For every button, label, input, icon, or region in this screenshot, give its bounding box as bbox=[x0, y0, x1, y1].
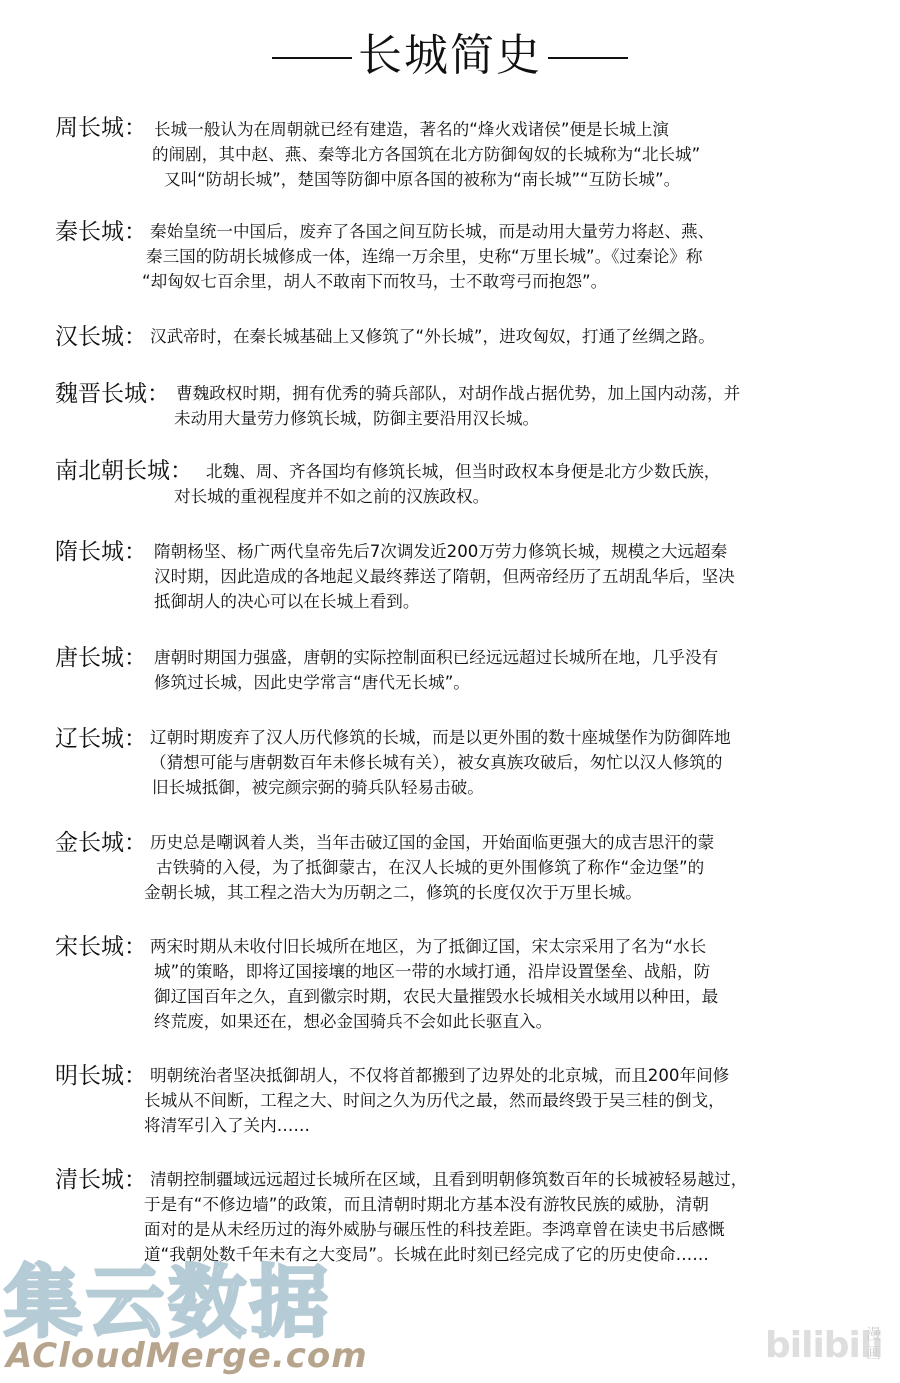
section-text-line: 修筑过长城，因此史学常言“唐代无长城”。 bbox=[154, 671, 470, 695]
section-text-line: 唐朝时期国力强盛，唐朝的实际控制面积已经远远超过长城所在地，几乎没有 bbox=[154, 646, 718, 670]
section-text-line: 隋朝杨坚、杨广两代皇帝先后7次调发近200万劳力修筑长城，规模之大远超秦 bbox=[154, 540, 727, 564]
watermark-bilibili-logo: bilibili bbox=[765, 1326, 883, 1366]
watermark-site-cn: 集云数据 bbox=[4, 1263, 332, 1343]
section-label: 汉长城： bbox=[55, 322, 147, 352]
section-text-line: 汉时期，因此造成的各地起义最终葬送了隋朝，但两帝经历了五胡乱华后，坚决 bbox=[154, 565, 735, 589]
section-text-line: 旧长城抵御，被完颜宗弼的骑兵队轻易击破。 bbox=[152, 776, 484, 800]
section-label: 清长城： bbox=[55, 1165, 147, 1195]
section-text-line: 抵御胡人的决心可以在长城上看到。 bbox=[154, 590, 420, 614]
section-label: 南北朝长城： bbox=[55, 456, 193, 486]
section-label: 隋长城： bbox=[55, 537, 147, 567]
section-text-line: （猜想可能与唐朝数百年未修长城有关），被女真族攻破后，匆忙以汉人修筑的 bbox=[150, 751, 722, 775]
section-text-line: 北魏、周、齐各国均有修筑长城，但当时政权本身便是北方少数氏族， bbox=[206, 460, 720, 484]
section-text-line: 对长城的重视程度并不如之前的汉族政权。 bbox=[174, 485, 489, 509]
section-text-line: 于是有“不修边墙”的政策，而且清朝时期北方基本没有游牧民族的威胁，清朝 bbox=[144, 1193, 709, 1217]
section-text-line: 明朝统治者坚决抵御胡人，不仅将首都搬到了边界处的北京城，而且200年间修 bbox=[150, 1064, 729, 1088]
section-text-line: 的闹剧，其中赵、燕、秦等北方各国筑在北方防御匈奴的长城称为“北长城” bbox=[152, 143, 700, 167]
section-text-line: 又叫“防胡长城”，楚国等防御中原各国的被称为“南长城”“互防长城”。 bbox=[164, 168, 680, 192]
title-dash-right bbox=[548, 57, 628, 59]
section-text-line: 秦始皇统一中国后，废弃了各国之间互防长城，而是动用大量劳力将赵、燕、 bbox=[150, 220, 714, 244]
section-label: 明长城： bbox=[55, 1061, 147, 1091]
section-text-line: 长城从不间断，工程之大、时间之久为历代之最，然而最终毁于吴三桂的倒戈， bbox=[144, 1089, 725, 1113]
section-label: 宋长城： bbox=[55, 932, 147, 962]
section-text-line: 古铁骑的入侵，为了抵御蒙古，在汉人长城的更外围修筑了称作“金边堡”的 bbox=[156, 856, 704, 880]
title-dash-left bbox=[272, 57, 352, 59]
section-label: 周长城： bbox=[55, 113, 147, 143]
section-text-line: 历史总是嘲讽着人类，当年击破辽国的金国，开始面临更强大的成吉思汗的蒙 bbox=[150, 831, 714, 855]
section-text-line: 御辽国百年之久，直到徽宗时期，农民大量摧毁水长城相关水域用以种田，最 bbox=[154, 985, 718, 1009]
page-title-text: 长城简史 bbox=[358, 30, 542, 81]
section-text-line: 曹魏政权时期，拥有优秀的骑兵部队，对胡作战占据优势，加上国内动荡，并 bbox=[176, 382, 740, 406]
section-text-line: 城”的策略，即将辽国接壤的地区一带的水域打通，沿岸设置堡垒、战船，防 bbox=[154, 960, 710, 984]
watermark-manhua-label: 漫画 bbox=[866, 1325, 884, 1363]
section-text-line: 金朝长城，其工程之浩大为历朝之二，修筑的长度仅次于万里长城。 bbox=[144, 881, 642, 905]
section-text-line: 清朝控制疆域远远超过长城所在区域，且看到明朝修筑数百年的长城被轻易越过， bbox=[150, 1168, 747, 1192]
section-label: 唐长城： bbox=[55, 643, 147, 673]
section-text-line: “却匈奴七百余里，胡人不敢南下而牧马，士不敢弯弓而抱怨”。 bbox=[142, 270, 607, 294]
page-title: 长城简史 bbox=[0, 28, 900, 84]
section-text-line: 终荒废，如果还在，想必金国骑兵不会如此长驱直入。 bbox=[154, 1010, 552, 1034]
section-text-line: 汉武帝时，在秦长城基础上又修筑了“外长城”，进攻匈奴，打通了丝绸之路。 bbox=[150, 325, 715, 349]
section-text-line: 两宋时期从未收付旧长城所在地区，为了抵御辽国，宋太宗采用了名为“水长 bbox=[150, 935, 706, 959]
section-label: 秦长城： bbox=[55, 217, 147, 247]
section-text-line: 秦三国的防胡长城修成一体，连绵一万余里，史称“万里长城”。《过秦论》称 bbox=[146, 245, 703, 269]
section-text-line: 面对的是从未经历过的海外威胁与碾压性的科技差距。李鸿章曾在读史书后感慨 bbox=[144, 1218, 725, 1242]
section-text-line: 未动用大量劳力修筑长城，防御主要沿用汉长城。 bbox=[174, 407, 539, 431]
section-text-line: 辽朝时期废弃了汉人历代修筑的长城，而是以更外围的数十座城堡作为防御阵地 bbox=[150, 726, 731, 750]
section-label: 辽长城： bbox=[55, 724, 147, 754]
section-text-line: 长城一般认为在周朝就已经有建造，著名的“烽火戏诸侯”便是长城上演 bbox=[154, 118, 669, 142]
section-label: 魏晋长城： bbox=[55, 379, 170, 409]
section-text-line: 将清军引入了关内…… bbox=[144, 1114, 310, 1138]
section-label: 金长城： bbox=[55, 828, 147, 858]
watermark-site-en: ACloudMerge.com bbox=[6, 1336, 368, 1376]
